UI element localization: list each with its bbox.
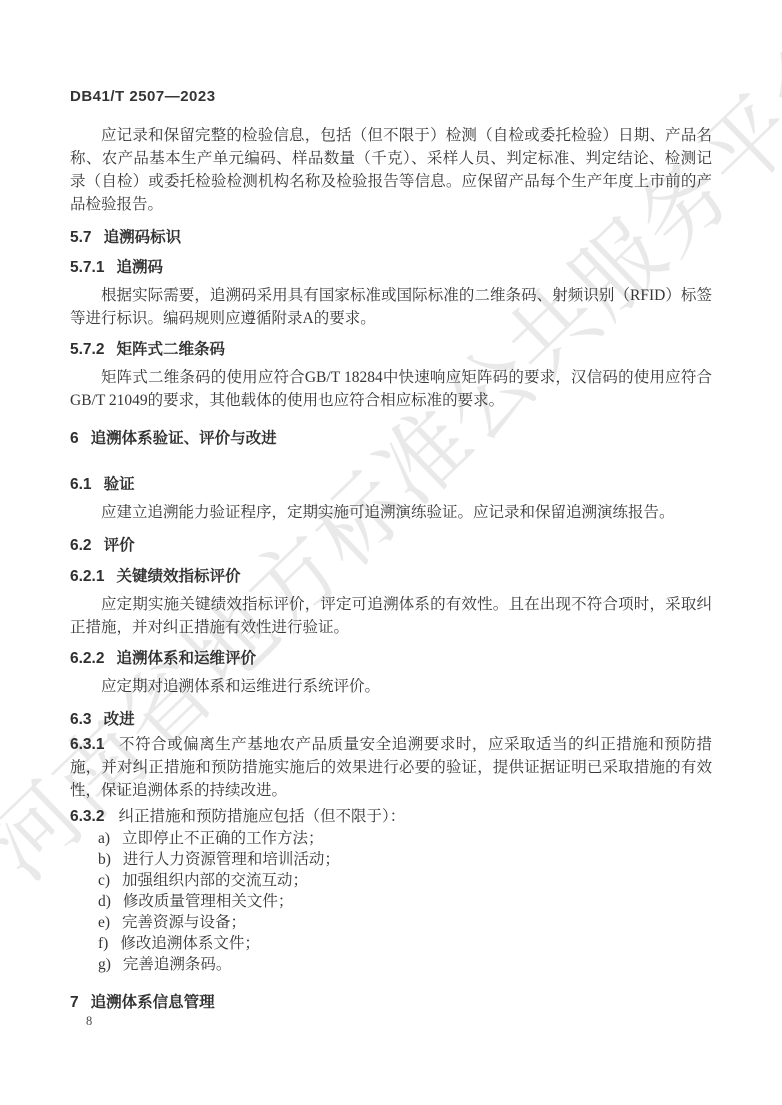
clause-text: 纠正措施和预防措施应包括（但不限于）：	[118, 808, 405, 825]
clause-title: 追溯码标识	[104, 229, 182, 246]
clause-heading-6-1: 6.1验证	[70, 475, 712, 495]
clause-title: 改进	[104, 711, 135, 728]
clause-number: 6.1	[70, 476, 92, 493]
chapter-heading-7: 7追溯体系信息管理	[70, 993, 712, 1013]
clause-heading-6-2-1: 6.2.1关键绩效指标评价	[70, 567, 712, 587]
clause-heading-6-3: 6.3改进	[70, 710, 712, 730]
page-number: 8	[86, 1014, 92, 1029]
document-page: 河南省地方标准公共服务平台 DB41/T 2507—2023 应记录和保留完整的…	[0, 0, 782, 1105]
measures-list: a)立即停止不正确的工作方法； b)进行人力资源管理和培训活动； c)加强组织内…	[70, 828, 712, 975]
clause-title: 验证	[104, 476, 135, 493]
paragraph-system-evaluation: 应定期对追溯体系和运维进行系统评价。	[70, 675, 712, 698]
paragraph-inspection-records: 应记录和保留完整的检验信息，包括（但不限于）检测（自检或委托检验）日期、产品名称…	[70, 124, 712, 216]
clause-number: 5.7	[70, 229, 92, 246]
chapter-heading-6: 6追溯体系验证、评价与改进	[70, 429, 712, 449]
clause-heading-5-7-2: 5.7.2矩阵式二维条码	[70, 340, 712, 360]
list-marker: g)	[98, 954, 111, 975]
clause-number: 6.3.1	[70, 736, 104, 753]
clause-number: 6.2	[70, 537, 92, 554]
list-text: 完善资源与设备；	[122, 914, 246, 931]
list-marker: a)	[98, 828, 110, 849]
list-text: 完善追溯条码。	[123, 956, 232, 973]
list-text: 修改追溯体系文件；	[120, 935, 260, 952]
clause-number: 5.7.2	[70, 341, 104, 358]
chapter-title: 追溯体系验证、评价与改进	[91, 430, 277, 447]
chapter-number: 6	[70, 430, 79, 447]
clause-title: 矩阵式二维条码	[116, 341, 225, 358]
list-item: c)加强组织内部的交流互动；	[70, 870, 712, 891]
clause-heading-5-7-1: 5.7.1追溯码	[70, 258, 712, 278]
list-text: 修改质量管理相关文件；	[123, 893, 294, 910]
chapter-number: 7	[70, 994, 79, 1011]
paragraph-matrix-barcode: 矩阵式二维条码的使用应符合GB/T 18284中快速响应矩阵码的要求，汉信码的使…	[70, 366, 712, 412]
document-content: DB41/T 2507—2023 应记录和保留完整的检验信息，包括（但不限于）检…	[0, 0, 782, 1013]
paragraph-kpi-evaluation: 应定期实施关键绩效指标评价，评定可追溯体系的有效性。且在出现不符合项时，采取纠正…	[70, 593, 712, 639]
list-text: 加强组织内部的交流互动；	[122, 872, 308, 889]
list-item: a)立即停止不正确的工作方法；	[70, 828, 712, 849]
clause-number: 5.7.1	[70, 259, 104, 276]
clause-title: 关键绩效指标评价	[116, 568, 240, 585]
list-marker: f)	[98, 933, 108, 954]
list-item: b)进行人力资源管理和培训活动；	[70, 849, 712, 870]
clause-title: 追溯码	[116, 259, 163, 276]
clause-number: 6.3	[70, 711, 92, 728]
paragraph-traceability-code: 根据实际需要，追溯码采用具有国家标准或国际标准的二维条码、射频识别（RFID）标…	[70, 284, 712, 330]
clause-number: 6.3.2	[70, 808, 104, 825]
list-item: d)修改质量管理相关文件；	[70, 891, 712, 912]
clause-6-3-2: 6.3.2纠正措施和预防措施应包括（但不限于）：	[70, 805, 712, 828]
clause-text: 不符合或偏离生产基地农产品质量安全追溯要求时，应采取适当的纠正措施和预防措施，并…	[70, 736, 712, 799]
clause-heading-5-7: 5.7追溯码标识	[70, 228, 712, 248]
list-text: 立即停止不正确的工作方法；	[122, 830, 324, 847]
list-item: e)完善资源与设备；	[70, 912, 712, 933]
clause-title: 评价	[104, 537, 135, 554]
list-item: f)修改追溯体系文件；	[70, 933, 712, 954]
clause-title: 追溯体系和运维评价	[116, 650, 256, 667]
clause-heading-6-2-2: 6.2.2追溯体系和运维评价	[70, 649, 712, 669]
list-item: g)完善追溯条码。	[70, 954, 712, 975]
list-marker: d)	[98, 891, 111, 912]
list-marker: c)	[98, 870, 110, 891]
clause-heading-6-2: 6.2评价	[70, 536, 712, 556]
list-text: 进行人力资源管理和培训活动；	[123, 851, 340, 868]
document-code-header: DB41/T 2507—2023	[70, 88, 712, 106]
clause-number: 6.2.2	[70, 650, 104, 667]
list-marker: e)	[98, 912, 110, 933]
clause-6-3-1: 6.3.1不符合或偏离生产基地农产品质量安全追溯要求时，应采取适当的纠正措施和预…	[70, 733, 712, 802]
list-marker: b)	[98, 849, 111, 870]
chapter-title: 追溯体系信息管理	[91, 994, 215, 1011]
paragraph-verification: 应建立追溯能力验证程序，定期实施可追溯演练验证。应记录和保留追溯演练报告。	[70, 501, 712, 524]
clause-number: 6.2.1	[70, 568, 104, 585]
